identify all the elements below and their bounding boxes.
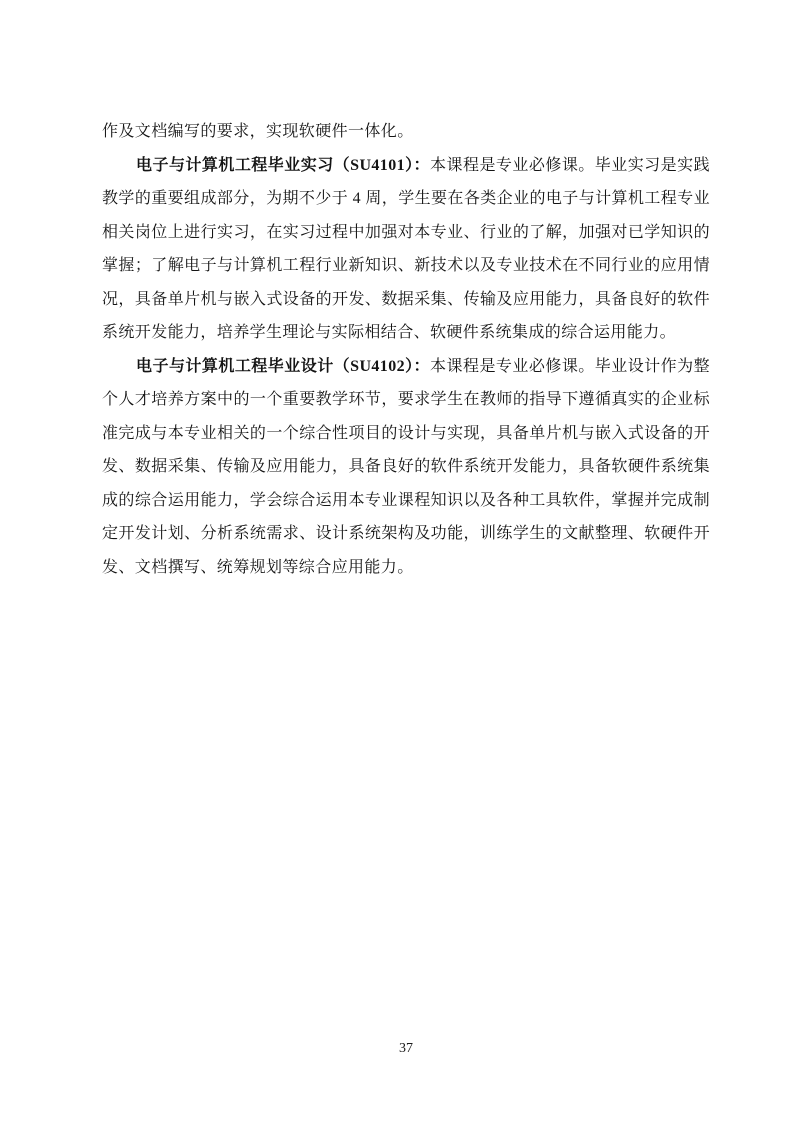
paragraph-continuation: 作及文档编写的要求，实现软硬件一体化。 bbox=[102, 115, 710, 149]
page-number: 37 bbox=[399, 1041, 413, 1056]
paragraph-course-su4101: 电子与计算机工程毕业实习（SU4101）：本课程是专业必修课。毕业实习是实践教学… bbox=[102, 149, 710, 350]
document-page: 作及文档编写的要求，实现软硬件一体化。 电子与计算机工程毕业实习（SU4101）… bbox=[0, 0, 793, 1122]
paragraph-text: 本课程是专业必修课。毕业实习是实践教学的重要组成部分，为期不少于 4 周，学生要… bbox=[102, 157, 710, 342]
course-title-su4102: 电子与计算机工程毕业设计（SU4102）： bbox=[136, 358, 430, 375]
page-footer: 37 bbox=[102, 1040, 710, 1058]
paragraph-text: 作及文档编写的要求，实现软硬件一体化。 bbox=[102, 123, 414, 140]
paragraph-course-su4102: 电子与计算机工程毕业设计（SU4102）：本课程是专业必修课。毕业设计作为整个人… bbox=[102, 350, 710, 585]
paragraph-text: 本课程是专业必修课。毕业设计作为整个人才培养方案中的一个重要教学环节，要求学生在… bbox=[102, 358, 710, 576]
page-content: 作及文档编写的要求，实现软硬件一体化。 电子与计算机工程毕业实习（SU4101）… bbox=[102, 115, 710, 584]
course-title-su4101: 电子与计算机工程毕业实习（SU4101）： bbox=[136, 157, 430, 174]
